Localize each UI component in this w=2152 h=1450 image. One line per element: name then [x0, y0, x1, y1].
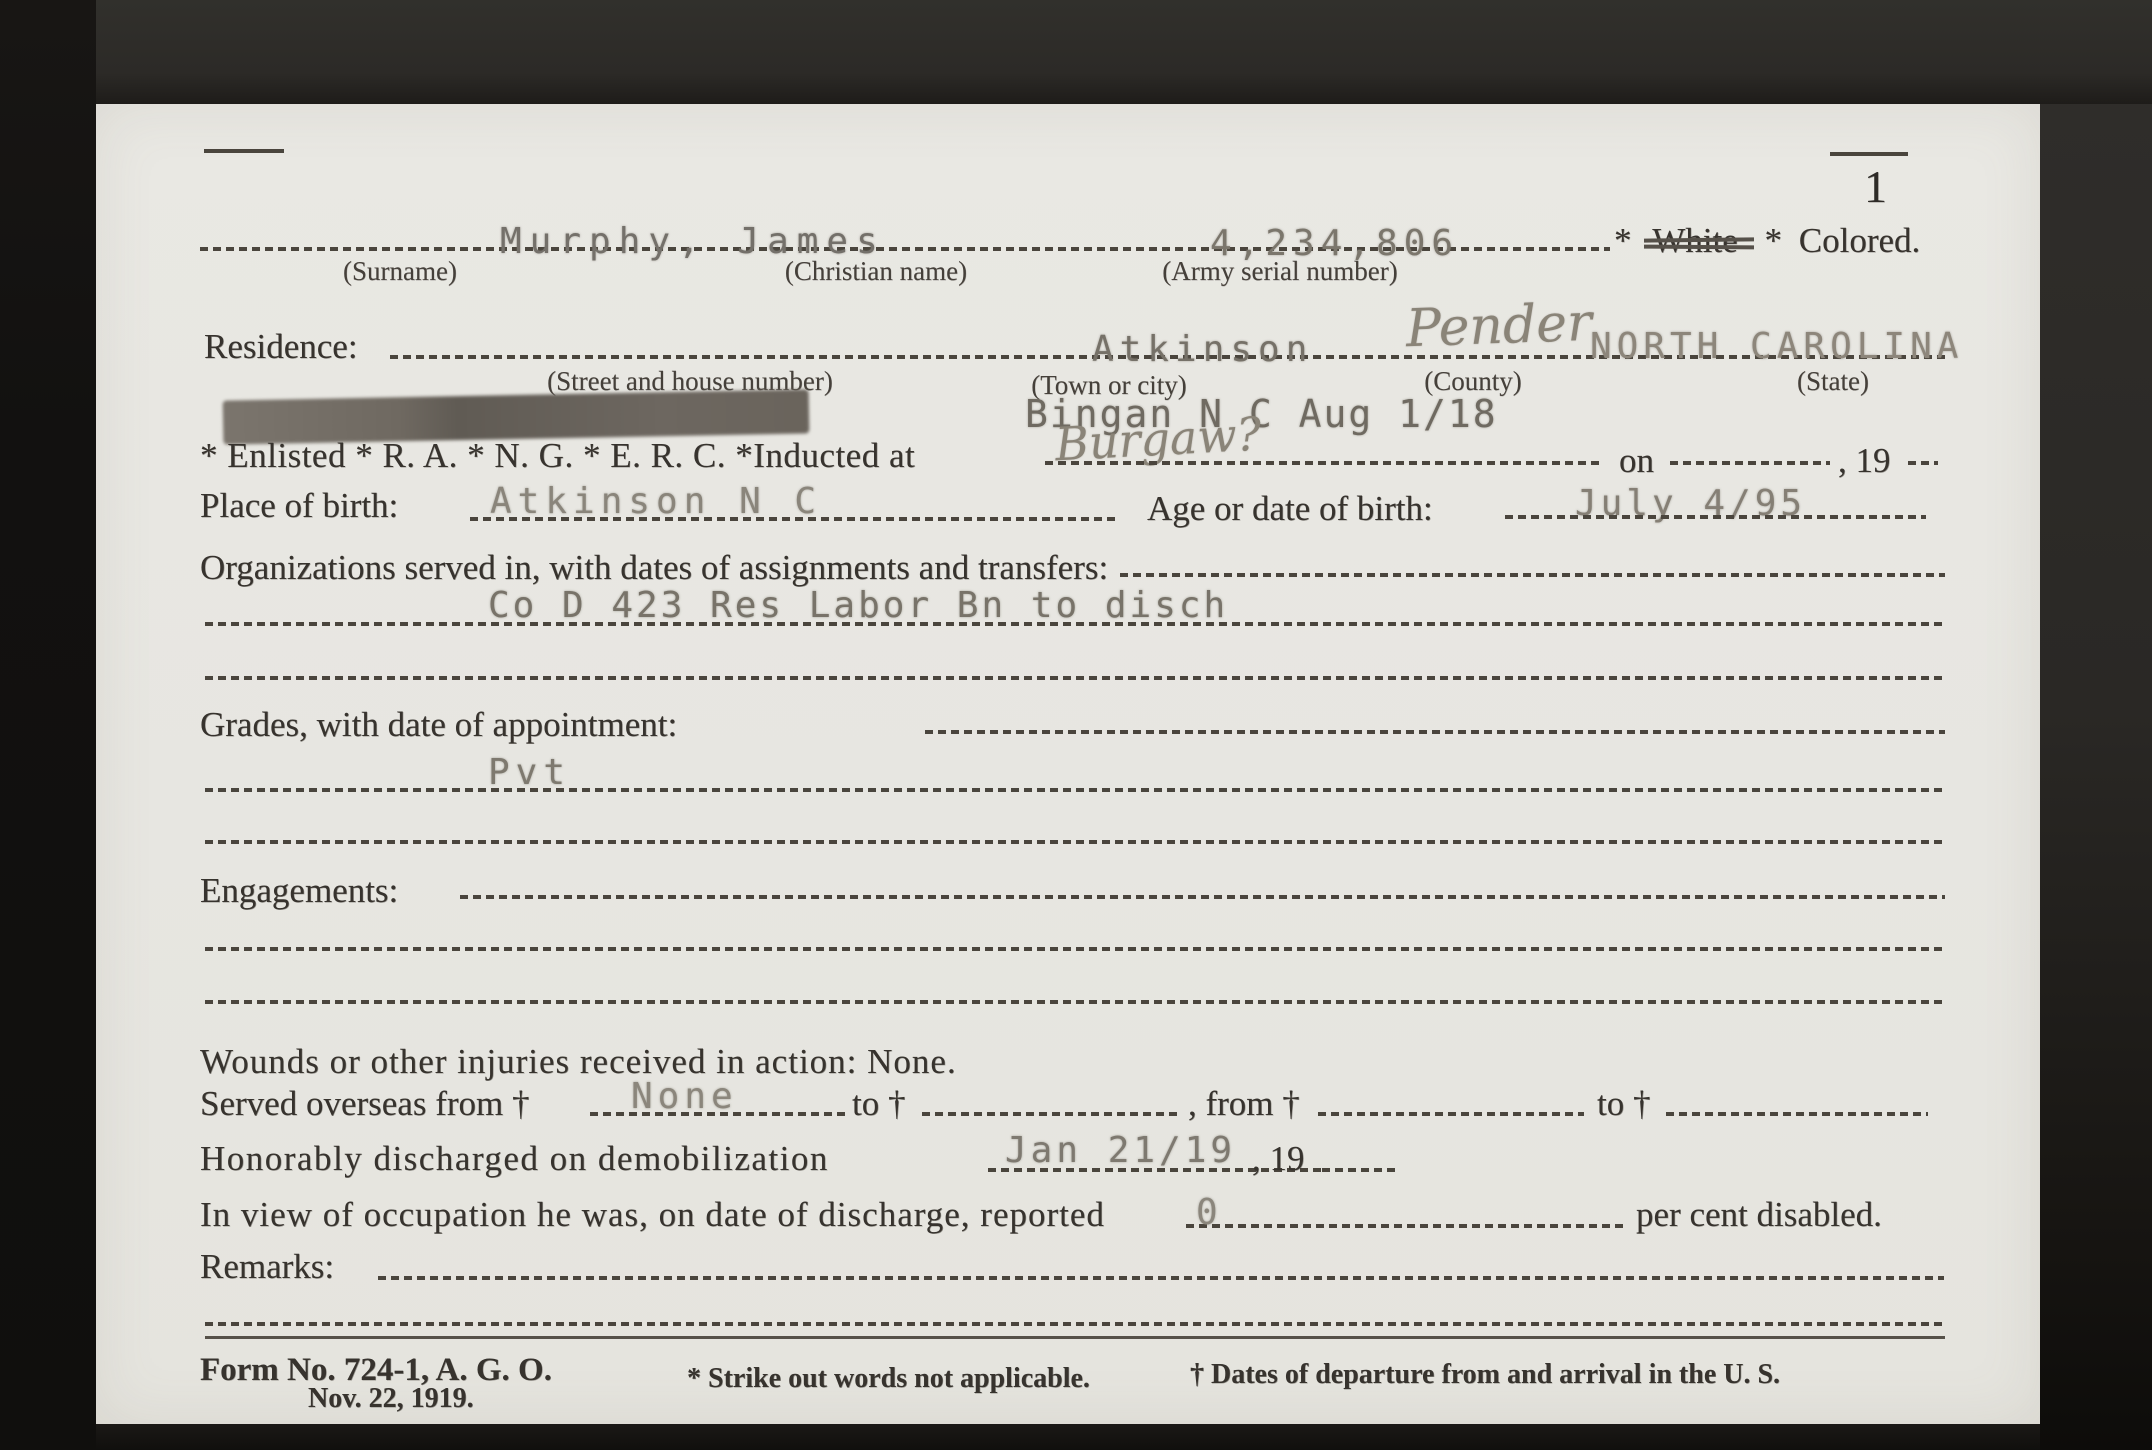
- grades-label: Grades, with date of appointment:: [200, 706, 677, 745]
- dotted-line: [205, 788, 1945, 792]
- enlistment-label: * Enlisted * R. A. * N. G. * E. R. C. *I…: [200, 437, 915, 476]
- grades-value: Pvt: [488, 752, 571, 793]
- christian-name-label: (Christian name): [785, 256, 967, 287]
- residence-state-value: NORTH CAROLINA: [1590, 326, 1963, 367]
- dotted-line: [1505, 515, 1926, 519]
- dotted-line: [925, 730, 1945, 734]
- birth-place-value: Atkinson N C: [490, 481, 822, 522]
- overseas-from-label: Served overseas from †: [200, 1085, 529, 1124]
- dotted-line: [1670, 461, 1830, 465]
- state-label: (State): [1797, 366, 1869, 397]
- dotted-line: [1120, 573, 1945, 577]
- residence-town-value: Atkinson: [1092, 329, 1313, 370]
- disability-value: 0: [1196, 1192, 1224, 1233]
- strike-note: * Strike out words not applicable.: [687, 1364, 1090, 1395]
- dotted-line: [205, 622, 1945, 626]
- dotted-line: [205, 840, 1945, 844]
- form-date: Nov. 22, 1919.: [308, 1384, 474, 1415]
- dotted-line: [470, 517, 1116, 521]
- dotted-line: [1322, 1168, 1397, 1172]
- remarks-label: Remarks:: [200, 1248, 334, 1287]
- discharge-year-label: , 19: [1252, 1140, 1305, 1179]
- dates-note: † Dates of departure from and arrival in…: [1190, 1360, 1780, 1391]
- dotted-line: [922, 1112, 1180, 1116]
- enlistment-year-label: , 19: [1838, 442, 1891, 481]
- overseas-from-label-2: , from †: [1188, 1085, 1300, 1124]
- page-number: 1: [1864, 162, 1887, 213]
- engagements-label: Engagements:: [200, 872, 398, 911]
- organizations-label: Organizations served in, with dates of a…: [200, 549, 1108, 588]
- race-star-1: *: [1614, 221, 1632, 260]
- disability-label: In view of occupation he was, on date of…: [200, 1196, 1105, 1235]
- overseas-from-value: None: [631, 1076, 738, 1117]
- dotted-line: [1186, 1224, 1624, 1228]
- dotted-line: [1908, 461, 1938, 465]
- overseas-to-label-1: to †: [852, 1085, 905, 1124]
- dotted-line: [460, 895, 1945, 899]
- overseas-to-label-2: to †: [1597, 1085, 1650, 1124]
- scan-border-left: [0, 0, 96, 1450]
- service-card: 1 Murphy, James 4,234,806 (Surname) (Chr…: [96, 104, 2040, 1424]
- race-colored: Colored.: [1799, 221, 1921, 260]
- dotted-line: [205, 676, 1945, 680]
- dotted-line: [205, 1000, 1945, 1004]
- enlistment-on-label: on: [1619, 442, 1654, 481]
- dotted-line: [1318, 1112, 1584, 1116]
- scan-border-right: [2040, 104, 2152, 1450]
- race-white-struck: White: [1652, 222, 1738, 261]
- discharge-label: Honorably discharged on demobilization: [200, 1140, 829, 1179]
- dotted-line: [205, 947, 1945, 951]
- surname-label: (Surname): [343, 256, 457, 287]
- scan-border-bottom: [96, 1424, 2040, 1450]
- residence-county-value: Pender: [1405, 293, 1593, 359]
- dotted-line: [205, 1322, 1945, 1326]
- race-line: * White * Colored.: [1614, 222, 1920, 261]
- scanned-page: 1 Murphy, James 4,234,806 (Surname) (Chr…: [0, 0, 2152, 1450]
- birth-place-label: Place of birth:: [200, 487, 398, 526]
- organizations-value: Co D 423 Res Labor Bn to disch: [488, 585, 1228, 626]
- residence-label: Residence:: [204, 328, 358, 367]
- dotted-line: [1666, 1112, 1928, 1116]
- scan-border-top: [96, 0, 2152, 104]
- dotted-line: [1045, 461, 1600, 465]
- birth-date-label: Age or date of birth:: [1147, 490, 1433, 529]
- footer-rule: [205, 1336, 1945, 1339]
- dash-mark-right: [1830, 152, 1908, 156]
- dotted-line: [378, 1276, 1944, 1280]
- wounds-label: Wounds or other injuries received in act…: [200, 1043, 957, 1082]
- army-serial-label: (Army serial number): [1162, 256, 1397, 287]
- race-star-2: *: [1765, 221, 1783, 260]
- dash-mark-left: [204, 149, 284, 153]
- discharge-date-value: Jan 21/19: [1005, 1130, 1236, 1171]
- disability-suffix-label: per cent disabled.: [1636, 1196, 1882, 1235]
